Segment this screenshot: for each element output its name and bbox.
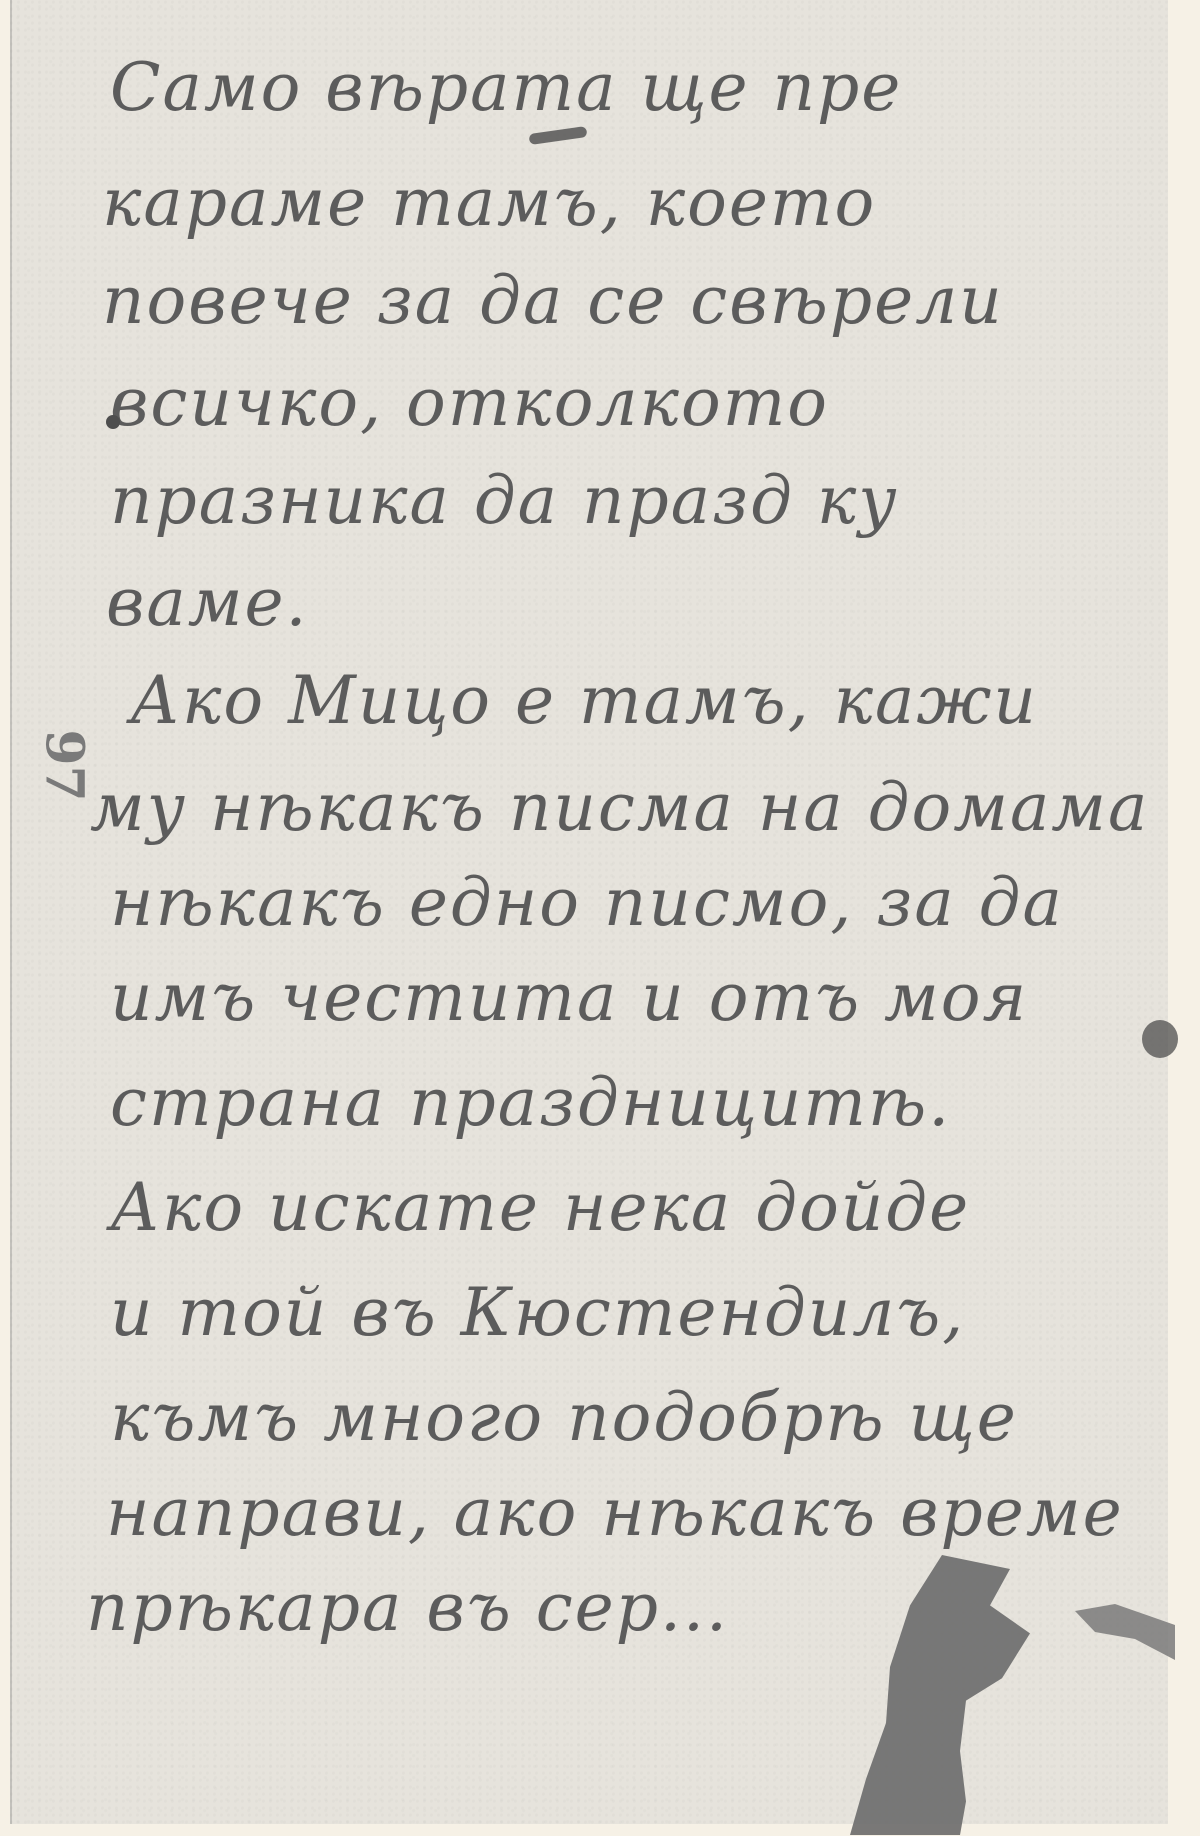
stain-edge	[1075, 1590, 1175, 1660]
text-line-5: празника да празд ку	[110, 468, 899, 534]
text-line-10: имъ честита и отъ моя	[110, 965, 1028, 1031]
ink-blot	[106, 415, 120, 429]
text-line-13: и той въ Кюстендилъ,	[110, 1280, 965, 1346]
dark-stain	[850, 1555, 1050, 1835]
text-line-12: Ако искате нека дойде	[110, 1175, 970, 1241]
text-line-1: Само вѣрата ще пре	[110, 55, 902, 121]
text-line-3: повече за да се свѣрели	[102, 268, 1004, 334]
text-line-2: караме тамъ, което	[102, 170, 876, 236]
text-line-9: нѣкакъ едно писмо, за да	[110, 870, 1064, 936]
text-line-16: прѣкара въ сер...	[86, 1575, 729, 1641]
ink-blot	[1142, 1020, 1178, 1058]
text-line-11: страна праздницитѣ.	[110, 1070, 951, 1136]
text-line-14: къмъ много подобрѣ ще	[110, 1385, 1018, 1451]
margin-page-number: 97	[34, 729, 95, 801]
text-line-7: Ако Мицо е тамъ, кажи	[130, 668, 1038, 734]
text-line-6: ваме.	[106, 570, 309, 636]
text-line-8: му нѣкакъ писма на домама	[90, 775, 1149, 841]
underline-mark	[529, 126, 588, 145]
text-line-15: направи, ако нѣкакъ време	[106, 1480, 1124, 1546]
letter-page: Само вѣрата ще пре караме тамъ, което по…	[10, 0, 1168, 1824]
text-line-4: всичко, отколкото	[110, 370, 829, 436]
